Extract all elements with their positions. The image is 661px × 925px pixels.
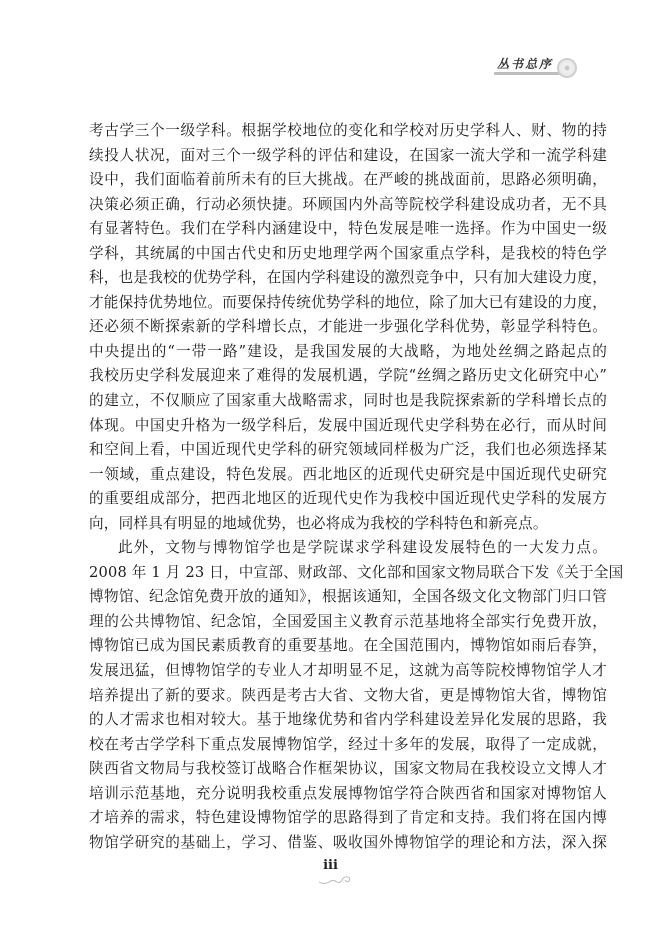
text-line: 设中，我们面临着前所未有的巨大挑战。在严峻的挑战面前，思路必须明确， [89,168,607,193]
text-line: 校在考古学学科下重点发展博物馆学，经过十多年的发展，取得了一定成就， [89,733,607,758]
text-line: 向，同样具有明显的地域优势，也必将成为我校的学科特色和新亮点。 [89,512,607,537]
scroll-ornament-icon [318,874,352,886]
text-line: 科，也是我校的优势学科，在国内学科建设的激烈竞争中，只有加大建设力度， [89,266,607,291]
text-line: 还必须不断探索新的学科增长点，才能进一步强化学科优势，彰显学科特色。 [89,315,607,340]
text-line: 培训示范基地，充分说明我校重点发展博物馆学符合陕西省和国家对博物馆人 [89,782,607,807]
text-line: 发展迅猛，但博物馆学的专业人才却明显不足，这就为高等院校博物馆学人才 [89,659,607,684]
text-line: 物馆学研究的基础上，学习、借鉴、吸收国外博物馆学的理论和方法，深入探 [89,831,607,856]
header-rule-divider [494,72,562,75]
body-text: 考古学三个一级学科。根据学校地位的变化和学校对历史学科人、财、物的持 续投人状况… [89,119,607,855]
text-line: 的建立，不仅顺应了国家重大战略需求，同时也是我院探索新的学科增长点的 [89,389,607,414]
text-line: 理的公共博物馆、纪念馆，全国爱国主义教育示范基地将全部实行免费开放， [89,610,607,635]
text-line: 博物馆、纪念馆免费开放的通知》，根据该通知，全国各级文化文物部门归口管 [89,585,607,610]
text-line: 考古学三个一级学科。根据学校地位的变化和学校对历史学科人、财、物的持 [89,119,607,144]
running-header: 丛书总序 [0,0,661,100]
text-line: 中央提出的“一带一路”建设，是我国发展的大战略，为地处丝绸之路起点的 [89,340,607,365]
series-title: 丛书总序 [497,55,553,72]
page-number: iii [0,858,661,873]
text-line: 有显著特色。我们在学科内涵建设中，特色发展是唯一选择。作为中国史一级 [89,217,607,242]
text-line: 我校历史学科发展迎来了难得的发展机遇，学院“丝绸之路历史文化研究中心” [89,364,607,389]
text-line: 才培养的需求，特色建设博物馆学的思路得到了肯定和支持。我们将在国内博 [89,806,607,831]
text-line: 才能保持优势地位。而要保持传统优势学科的地位，除了加大已有建设的力度， [89,291,607,316]
text-line: 陕西省文物局与我校签订战略合作框架协议，国家文物局在我校设立文博人才 [89,757,607,782]
text-line: 的人才需求也相对较大。基于地缘优势和省内学科建设差异化发展的思路，我 [89,708,607,733]
text-line: 2008 年 1 月 23 日，中宣部、财政部、文化部和国家文物局联合下发《关于… [89,561,607,586]
text-line: 博物馆已成为国民素质教育的重要基地。在全国范围内，博物馆如雨后春笋， [89,634,607,659]
text-line: 体现。中国史升格为一级学科后，发展中国近现代史学科势在必行，而从时间 [89,414,607,439]
text-line: 培养提出了新的要求。陕西是考古大省、文物大省，更是博物馆大省，博物馆 [89,684,607,709]
disc-ornament-icon [557,58,577,78]
text-line: 决策必须正确，行动必须快捷。环顾国内外高等院校学科建设成功者，无不具 [89,193,607,218]
text-line: 续投人状况，面对三个一级学科的评估和建设，在国家一流大学和一流学科建 [89,144,607,169]
text-line: 的重要组成部分，把西北地区的近现代史作为我校中国近现代史学科的发展方 [89,487,607,512]
paragraph-start-line: 此外，文物与博物馆学也是学院谋求学科建设发展特色的一大发力点。 [89,536,607,561]
text-line: 和空间上看，中国近现代史学科的研究领域同样极为广泛，我们也必须选择某 [89,438,607,463]
text-line: 学科，其统属的中国古代史和历史地理学两个国家重点学科，是我校的特色学 [89,242,607,267]
text-line: 一领域，重点建设，特色发展。西北地区的近现代史研究是中国近现代史研究 [89,463,607,488]
